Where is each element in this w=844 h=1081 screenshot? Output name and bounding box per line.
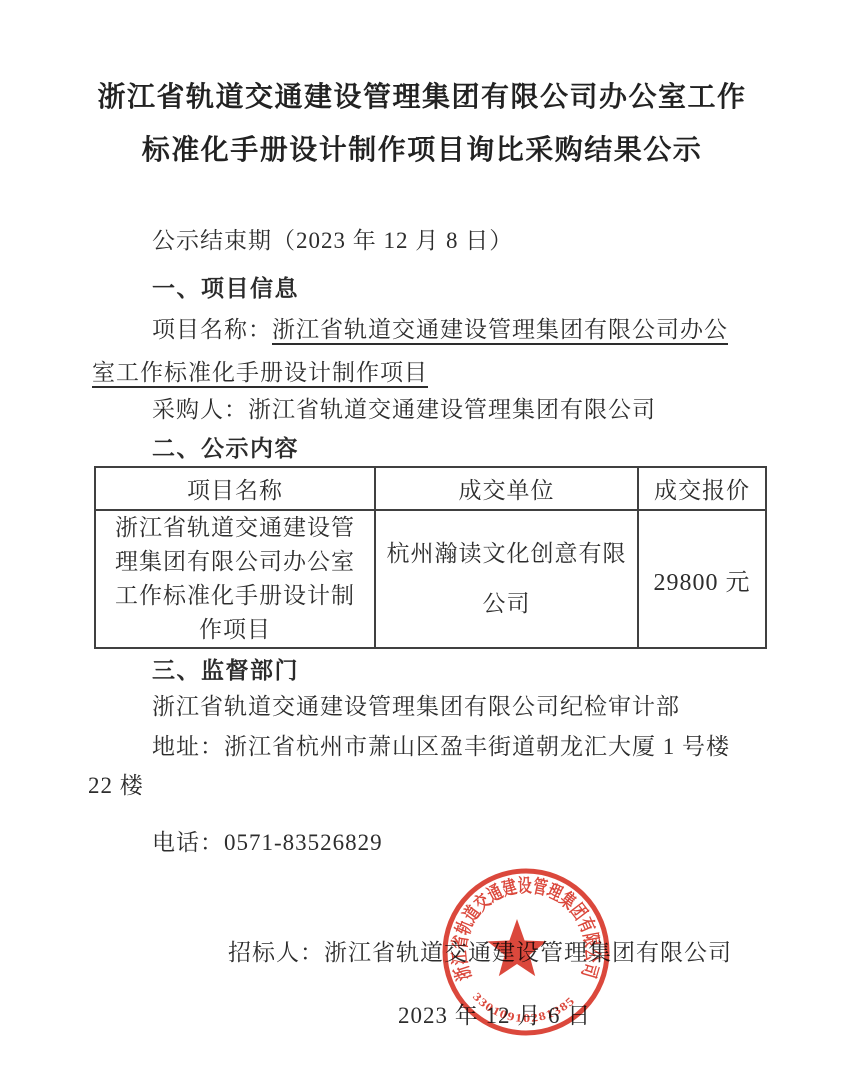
project-name-value-1: 浙江省轨道交通建设管理集团有限公司办公 [272, 317, 728, 342]
bidder-line: 招标人：浙江省轨道交通建设管理集团有限公司 [228, 938, 732, 968]
supervision-dept-line: 浙江省轨道交通建设管理集团有限公司纪检审计部 [152, 692, 680, 722]
project-name-label: 项目名称： [152, 317, 272, 342]
address-line-2: 22 楼 [88, 771, 144, 801]
date-line: 2023 年 12 月 6 日 [398, 1001, 591, 1031]
address-line-1: 地址：浙江省杭州市萧山区盈丰街道朝龙汇大厦 1 号楼 [152, 732, 730, 762]
phone-line: 电话：0571-83526829 [152, 828, 383, 858]
cell-winning-price: 29800 元 [638, 510, 766, 648]
project-name-line-2: 室工作标准化手册设计制作项目 [92, 358, 428, 388]
project-name-value-2: 室工作标准化手册设计制作项目 [92, 360, 428, 385]
result-table: 项目名称 成交单位 成交报价 浙江省轨道交通建设管理集团有限公司办公室工作标准化… [94, 466, 767, 649]
page-title: 浙江省轨道交通建设管理集团有限公司办公室工作 标准化手册设计制作项目询比采购结果… [0, 71, 844, 177]
project-name-line-1: 项目名称：浙江省轨道交通建设管理集团有限公司办公 [152, 315, 728, 345]
section-1-heading: 一、项目信息 [152, 273, 299, 303]
cell-winning-vendor: 杭州瀚读文化创意有限公司 [375, 510, 638, 648]
title-line-1: 浙江省轨道交通建设管理集团有限公司办公室工作 [0, 71, 844, 124]
header-project-name: 项目名称 [95, 467, 375, 510]
announcement-document: 浙江省轨道交通建设管理集团有限公司办公室工作 标准化手册设计制作项目询比采购结果… [0, 0, 844, 1081]
header-winning-vendor: 成交单位 [375, 467, 638, 510]
table-row: 浙江省轨道交通建设管理集团有限公司办公室工作标准化手册设计制作项目 杭州瀚读文化… [95, 510, 766, 648]
table-header-row: 项目名称 成交单位 成交报价 [95, 467, 766, 510]
header-winning-price: 成交报价 [638, 467, 766, 510]
section-3-heading: 三、监督部门 [152, 655, 299, 685]
title-line-2: 标准化手册设计制作项目询比采购结果公示 [0, 124, 844, 177]
section-2-heading: 二、公示内容 [152, 433, 299, 463]
purchaser-line: 采购人：浙江省轨道交通建设管理集团有限公司 [152, 395, 656, 425]
cell-project-name: 浙江省轨道交通建设管理集团有限公司办公室工作标准化手册设计制作项目 [95, 510, 375, 648]
publicity-end-date: 公示结束期（2023 年 12 月 8 日） [152, 226, 513, 256]
